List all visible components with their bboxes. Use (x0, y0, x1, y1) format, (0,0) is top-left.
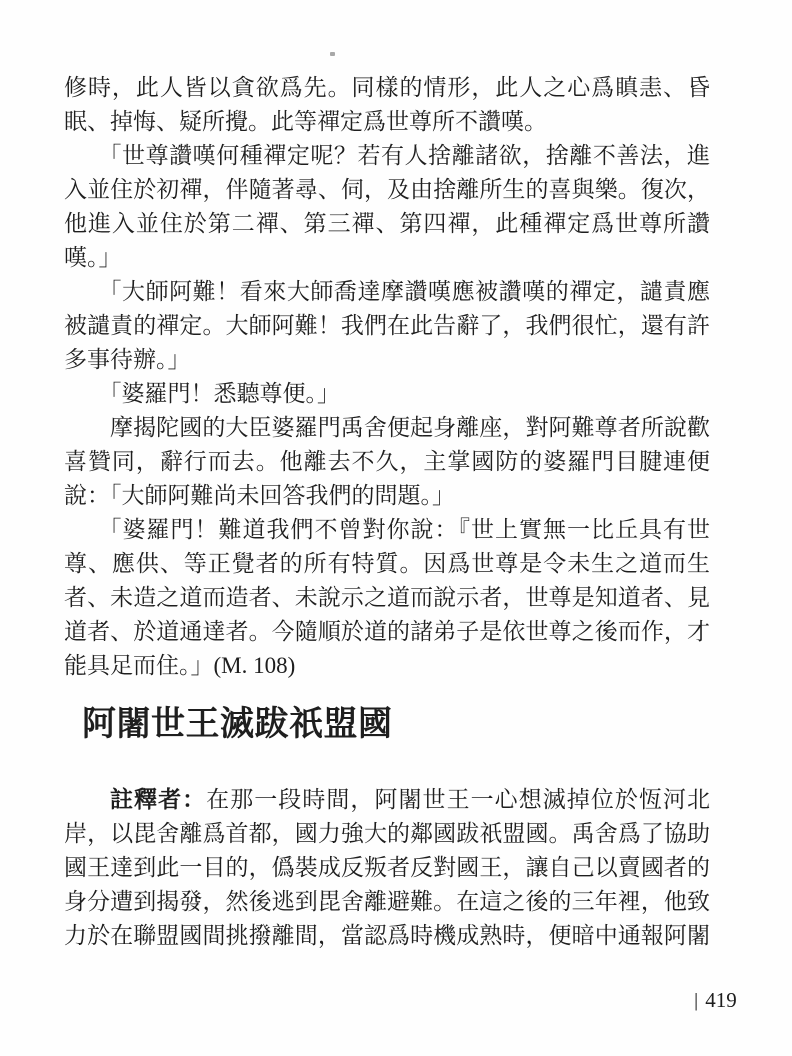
page: 修時，此人皆以貪欲爲先。同樣的情形，此人之心爲瞋恚、昏眠、掉悔、疑所攪。此等禪定… (0, 0, 792, 1056)
section-heading: 阿闍世王滅跋祇盟國 (82, 703, 393, 747)
page-number: |419 (694, 988, 737, 1012)
text-line: 他進入並住於第二禪、第三禪、第四禪，此種禪定爲世尊所讚 (64, 207, 710, 241)
paragraph: 「婆羅門！悉聽尊便。」 (64, 377, 710, 411)
text-line: 國王達到此一目的，僞裝成反叛者反對國王，讓自己以賣國者的 (64, 851, 710, 885)
scan-speck (330, 52, 335, 56)
paragraph: 修時，此人皆以貪欲爲先。同樣的情形，此人之心爲瞋恚、昏眠、掉悔、疑所攪。此等禪定… (64, 71, 710, 139)
paragraph: 註釋者：在那一段時間，阿闍世王一心想滅掉位於恆河北岸，以毘舍離爲首都，國力強大的… (64, 783, 710, 953)
text-line: 註釋者：在那一段時間，阿闍世王一心想滅掉位於恆河北 (64, 783, 710, 817)
text-line: 尊、應供、等正覺者的所有特質。因爲世尊是令未生之道而生 (64, 547, 710, 581)
paragraph: 「大師阿難！看來大師喬達摩讚嘆應被讚嘆的禪定，譴責應被譴責的禪定。大師阿難！我們… (64, 275, 710, 377)
text-line: 說：「大師阿難尚未回答我們的問題。」 (64, 479, 710, 513)
text-line: 多事待辦。」 (64, 343, 710, 377)
text-line: 者、未造之道而造者、未說示之道而說示者，世尊是知道者、見 (64, 581, 710, 615)
text-line: 身分遭到揭發，然後逃到毘舍離避難。在這之後的三年裡，他致 (64, 885, 710, 919)
text-line: 入並住於初禪，伴隨著尋、伺，及由捨離所生的喜與樂。復次， (64, 173, 710, 207)
text-line: 嘆。」 (64, 241, 710, 275)
text-line: 能具足而住。」(M. 108) (64, 649, 710, 683)
page-number-value: 419 (705, 988, 737, 1012)
page-number-separator: | (694, 989, 698, 1011)
text-line: 修時，此人皆以貪欲爲先。同樣的情形，此人之心爲瞋恚、昏 (64, 71, 710, 105)
text-line: 力於在聯盟國間挑撥離間，當認爲時機成熟時，便暗中通報阿闍 (64, 919, 710, 953)
text-line: 喜贊同，辭行而去。他離去不久，主掌國防的婆羅門目腱連便 (64, 445, 710, 479)
paragraph: 摩揭陀國的大臣婆羅門禹舍便起身離座，對阿難尊者所說歡喜贊同，辭行而去。他離去不久… (64, 411, 710, 513)
paragraph: 「婆羅門！難道我們不曾對你說：『世上實無一比丘具有世尊、應供、等正覺者的所有特質… (64, 513, 710, 683)
text-line: 「大師阿難！看來大師喬達摩讚嘆應被讚嘆的禪定，譴責應 (64, 275, 710, 309)
text-line: 道者、於道通達者。今隨順於道的諸弟子是依世尊之後而作，才 (64, 615, 710, 649)
text-line: 被譴責的禪定。大師阿難！我們在此告辭了，我們很忙，還有許 (64, 309, 710, 343)
text-line: 眠、掉悔、疑所攪。此等禪定爲世尊所不讚嘆。 (64, 105, 710, 139)
text-line: 「婆羅門！悉聽尊便。」 (64, 377, 710, 411)
commentator-label: 註釋者： (110, 787, 206, 812)
text-line: 「婆羅門！難道我們不曾對你說：『世上實無一比丘具有世 (64, 513, 710, 547)
body-text: 修時，此人皆以貪欲爲先。同樣的情形，此人之心爲瞋恚、昏眠、掉悔、疑所攪。此等禪定… (64, 71, 710, 683)
text-line: 岸，以毘舍離爲首都，國力強大的鄰國跋祇盟國。禹舍爲了協助 (64, 817, 710, 851)
paragraph: 「世尊讚嘆何種禪定呢？若有人捨離諸欲，捨離不善法，進入並住於初禪，伴隨著尋、伺，… (64, 139, 710, 275)
text-line: 「世尊讚嘆何種禪定呢？若有人捨離諸欲，捨離不善法，進 (64, 139, 710, 173)
text-line: 摩揭陀國的大臣婆羅門禹舍便起身離座，對阿難尊者所說歡 (64, 411, 710, 445)
commentary-text: 註釋者：在那一段時間，阿闍世王一心想滅掉位於恆河北岸，以毘舍離爲首都，國力強大的… (64, 783, 710, 953)
